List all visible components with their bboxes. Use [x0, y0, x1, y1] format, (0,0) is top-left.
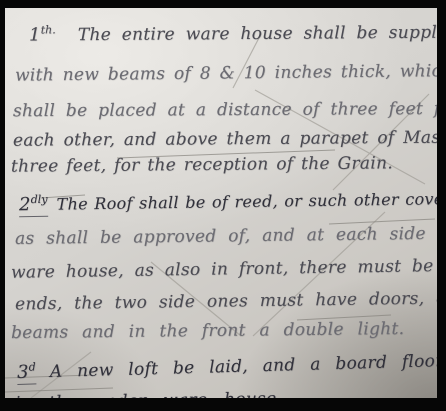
item-1-marker: 1th. [29, 23, 56, 45]
item-2-marker: 2dly [19, 193, 48, 217]
line-text: with new beams of 8 & 10 inches thick, w… [15, 60, 437, 85]
line-text: ends, the two side ones must have doors,… [15, 288, 437, 315]
line-text: The entire ware house shall be supplied [78, 22, 437, 45]
manuscript-line: ends, the two side ones must have doors,… [15, 288, 437, 315]
item-2-number: 2 [19, 194, 31, 215]
item-3-marker: 3d [17, 360, 36, 385]
line-text: A new loft be laid, and a board floor [50, 351, 437, 382]
manuscript-line: 3dA new loft be laid, and a board floor [17, 349, 437, 385]
photo-border: 1th.The entire ware house shall be suppl… [0, 0, 446, 411]
manuscript-line: 1th.The entire ware house shall be suppl… [29, 20, 437, 45]
line-text: as shall be approved of, and at each sid… [15, 223, 437, 249]
line-text: three feet, for the reception of the Gra… [11, 153, 393, 176]
line-text: The Roof shall be of reed, or such other… [56, 189, 437, 214]
manuscript-line: three feet, for the reception of the Gra… [11, 153, 393, 176]
manuscript-line: shall be placed at a distance of three f… [13, 99, 437, 121]
line-text: shall be placed at a distance of three f… [13, 99, 437, 121]
line-text: beams and in the front a double light. [11, 319, 404, 343]
item-3-number: 3 [17, 362, 29, 383]
item-1-ordinal-suffix: th. [41, 23, 56, 36]
manuscript-line: 2dlyThe Roof shall be of reed, or such o… [19, 187, 437, 217]
line-text: in the under ware house – [15, 388, 302, 398]
manuscript-line: with new beams of 8 & 10 inches thick, w… [15, 60, 437, 85]
manuscript-line: beams and in the front a double light. [11, 319, 404, 343]
manuscript-line: each other, and above them a parapet of … [13, 127, 437, 150]
line-text: ware house, as also in front, there must… [11, 255, 437, 283]
manuscript-line: ware house, as also in front, there must… [11, 255, 437, 283]
item-2-ordinal-suffix: dly [31, 193, 48, 206]
item-3-ordinal-suffix: d [29, 360, 36, 373]
manuscript-line: in the under ware house – [15, 388, 302, 398]
line-text: each other, and above them a parapet of … [13, 127, 437, 150]
item-1-number: 1 [29, 24, 41, 45]
manuscript-page: 1th.The entire ware house shall be suppl… [5, 8, 437, 398]
manuscript-line: as shall be approved of, and at each sid… [15, 223, 437, 249]
